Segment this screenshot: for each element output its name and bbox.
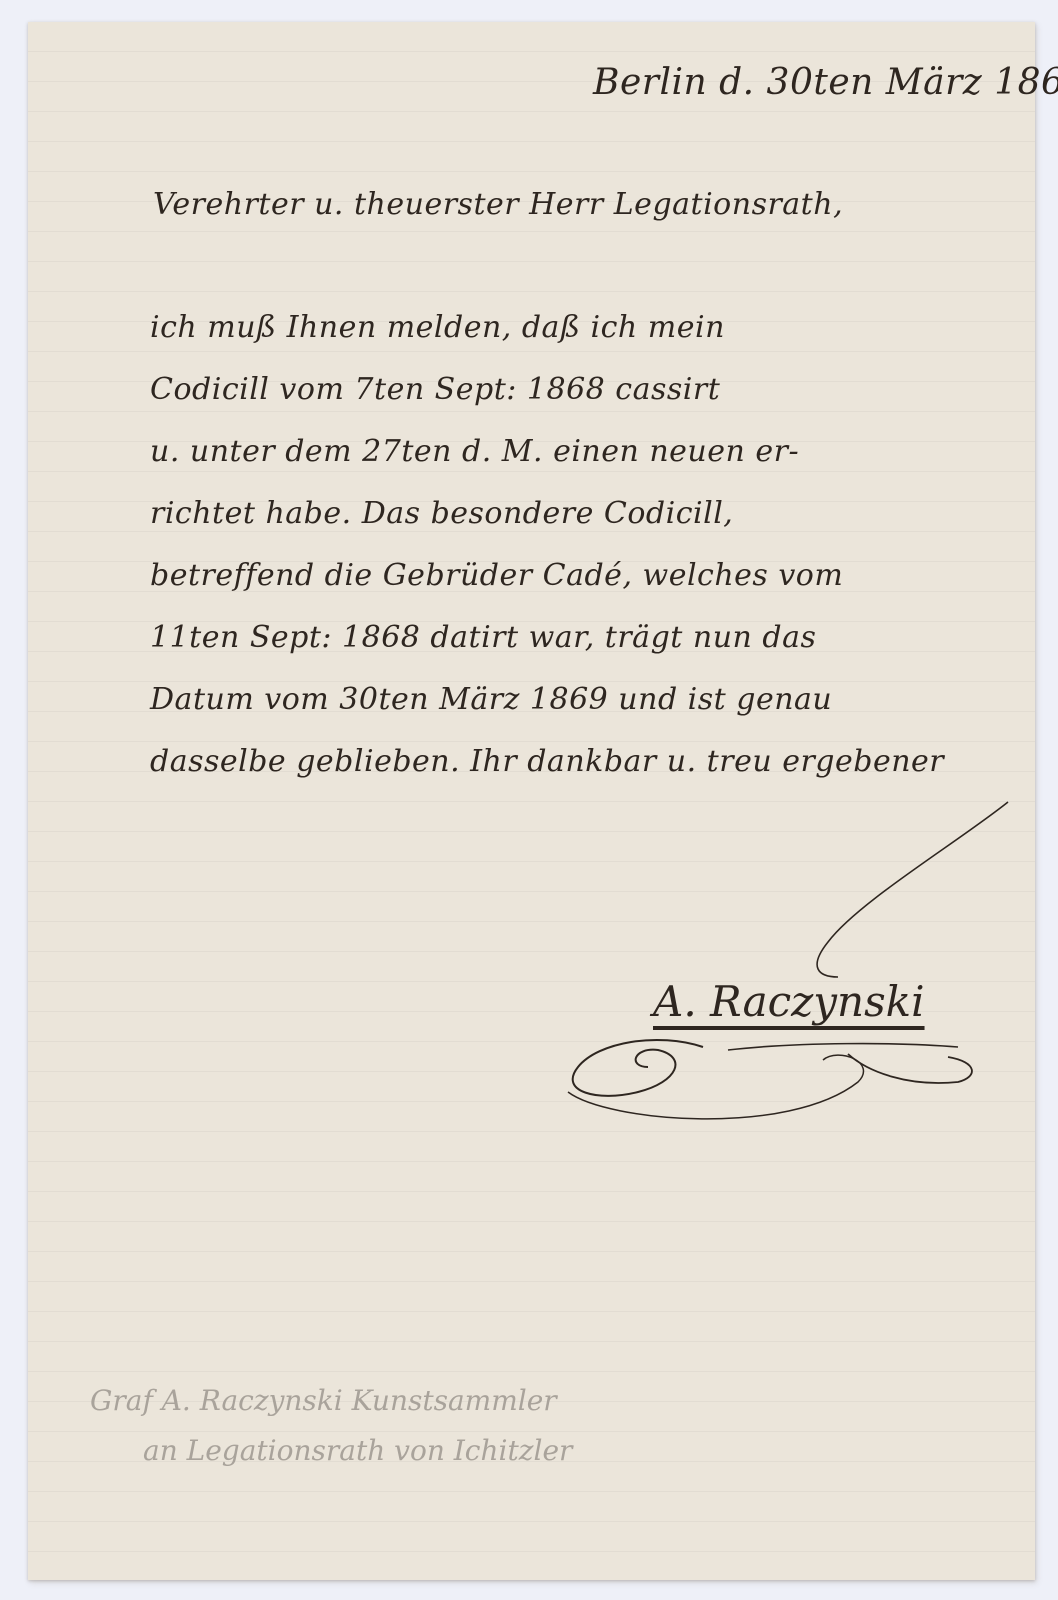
dateline: Berlin d. 30ten März 1869	[593, 62, 1058, 103]
salutation: Verehrter u. theuerster Herr Legationsra…	[153, 187, 843, 222]
body-line: betreffend die Gebrüder Cadé, welches vo…	[150, 558, 843, 593]
signature-flourish-icon	[538, 792, 1018, 1122]
closing-line: dasselbe geblieben. Ihr dankbar u. treu …	[150, 744, 944, 779]
letter-paper: Berlin d. 30ten März 1869 Verehrter u. t…	[28, 22, 1035, 1580]
pencil-note-line: Graf A. Raczynski Kunstsammler	[90, 1384, 557, 1417]
body-line: Datum vom 30ten März 1869 und ist genau	[150, 682, 832, 717]
body-line: u. unter dem 27ten d. M. einen neuen er-	[150, 434, 799, 469]
body-line: Codicill vom 7ten Sept: 1868 cassirt	[150, 372, 720, 407]
signature-block: A. Raczynski	[538, 792, 1018, 1122]
pencil-note-line: an Legationsrath von Ichitzler	[143, 1434, 572, 1467]
body-line: 11ten Sept: 1868 datirt war, trägt nun d…	[150, 620, 816, 655]
signature: A. Raczynski	[653, 977, 925, 1026]
body-line: richtet habe. Das besondere Codicill,	[150, 496, 733, 531]
body-line: ich muß Ihnen melden, daß ich mein	[150, 310, 725, 345]
